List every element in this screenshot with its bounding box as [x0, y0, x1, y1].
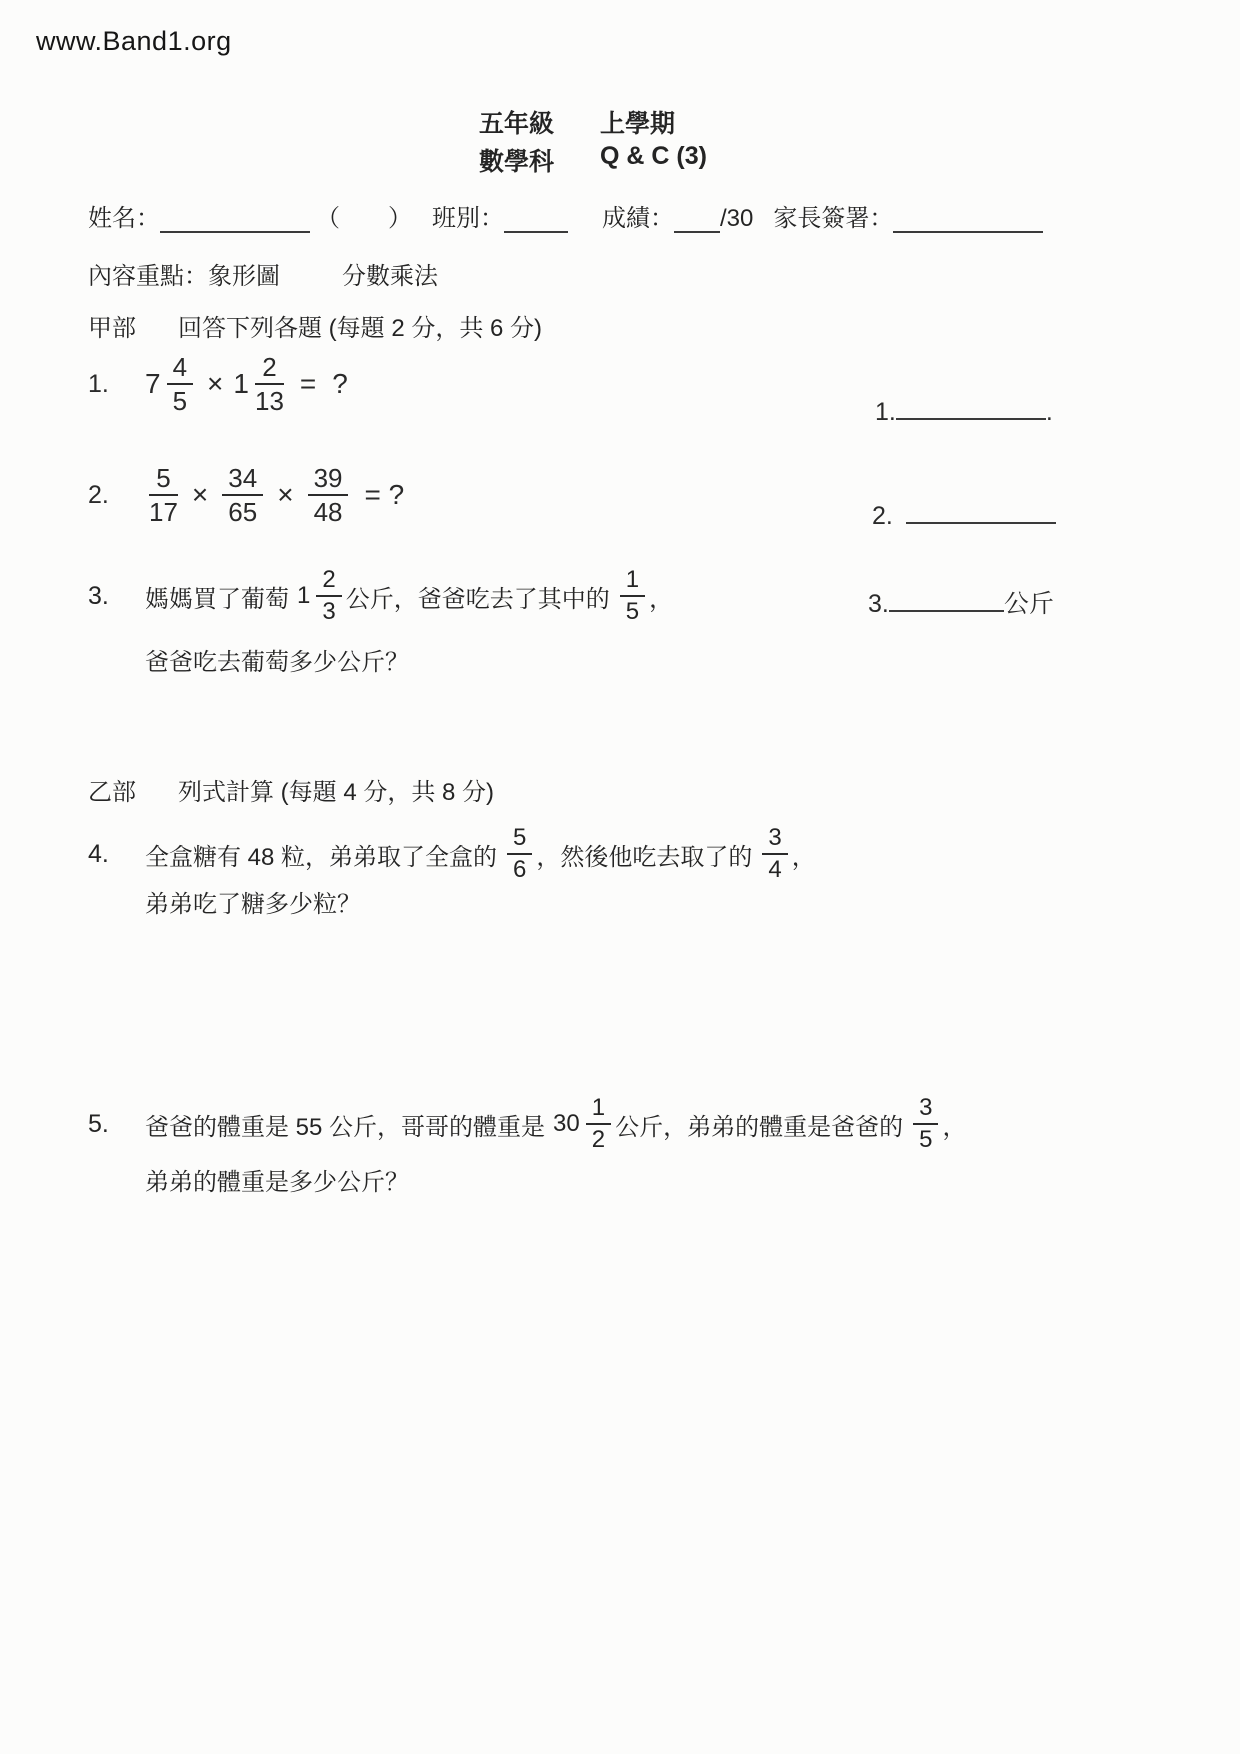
q1-fraction-2-denominator: 13	[255, 385, 284, 415]
class-label: 班別：	[432, 198, 504, 233]
question-5-line-2: 弟弟的體重是多少公斤？	[145, 1162, 409, 1197]
focus-label: 內容重點：	[88, 256, 208, 291]
score-label: 成績：	[602, 198, 674, 233]
q5-text-2: 公斤，弟弟的體重是爸爸的	[615, 1107, 903, 1142]
question-4-line-2: 弟弟吃了糖多少粒？	[145, 884, 361, 919]
paper-code-label: Q & C (3)	[600, 142, 707, 178]
answer-1-suffix: .	[1046, 398, 1053, 426]
question-4-number: 4.	[88, 840, 145, 869]
q1-fraction-1-numerator: 4	[167, 353, 193, 385]
q2-fraction-1-numerator: 5	[149, 464, 178, 496]
answer-2-line	[906, 500, 1056, 524]
section-b-heading: 乙部 列式計算 (每題 4 分，共 8 分)	[88, 772, 494, 807]
section-b-part-label: 乙部	[88, 772, 136, 807]
q3-fraction-denominator: 5	[620, 597, 645, 625]
term-label: 上學期	[600, 104, 675, 140]
q5-mixed-whole: 30	[553, 1110, 580, 1138]
q4-fraction-2: 3 4	[762, 825, 787, 883]
q1-fraction-2-numerator: 2	[255, 353, 284, 385]
class-number-parens: （ ）	[316, 198, 412, 233]
q1-fraction-1-denominator: 5	[167, 385, 193, 415]
section-b-instruction: 列式計算 (每題 4 分，共 8 分)	[178, 772, 494, 807]
q4-fraction-1-numerator: 5	[507, 825, 532, 855]
focus-topic-2: 分數乘法	[342, 256, 438, 291]
q4-fraction-2-numerator: 3	[762, 825, 787, 855]
q2-multiply-sign-1: ×	[192, 479, 208, 511]
title-line-1: 五年級 上學期	[479, 104, 675, 140]
q3-fraction: 1 5	[620, 567, 645, 625]
score-blank-line	[674, 207, 720, 233]
q3-text-2: 公斤，爸爸吃去了其中的	[346, 579, 610, 614]
q5-fraction-denominator: 5	[913, 1125, 938, 1153]
q5-mixed-fraction: 1 2	[586, 1095, 611, 1153]
question-3-number: 3.	[88, 582, 145, 611]
q5-mixed-fraction-numerator: 1	[586, 1095, 611, 1125]
q5-fraction: 3 5	[913, 1095, 938, 1153]
q4-fraction-2-denominator: 4	[762, 855, 787, 883]
answer-2-label: 2.	[872, 502, 893, 530]
q2-fraction-2-denominator: 65	[222, 496, 263, 526]
answer-blank-2: 2.	[872, 500, 1056, 531]
answer-1-label: 1.	[875, 398, 896, 426]
q2-fraction-3-numerator: 39	[308, 464, 349, 496]
q1-whole-number-2: 1	[233, 368, 249, 400]
q2-fraction-3-denominator: 48	[308, 496, 349, 526]
title-line-2: 數學科 Q & C (3)	[479, 142, 707, 178]
q2-fraction-1-denominator: 17	[149, 496, 178, 526]
q3-mixed-fraction-numerator: 2	[316, 567, 341, 597]
grade-label: 五年級	[479, 104, 554, 140]
question-5: 5. 爸爸的體重是 55 公斤，哥哥的體重是 30 1 2 公斤，弟弟的體重是爸…	[88, 1080, 966, 1168]
parent-signature-label: 家長簽署：	[773, 198, 893, 233]
score-total-label: /30	[720, 205, 753, 233]
name-blank-line	[160, 207, 310, 233]
q1-fraction-1: 4 5	[167, 353, 193, 415]
q4-fraction-1-denominator: 6	[507, 855, 532, 883]
q5-text-3: ，	[942, 1107, 966, 1142]
answer-1-line	[896, 396, 1046, 420]
focus-topic-1: 象形圖	[208, 256, 280, 291]
student-info-row: 姓名： （ ） 班別： 成績： /30 家長簽署：	[88, 198, 1043, 233]
q4-fraction-1: 5 6	[507, 825, 532, 883]
question-3-line-2: 爸爸吃去葡萄多少公斤？	[145, 642, 409, 677]
q4-text-3: ，	[792, 837, 816, 872]
question-3: 3. 媽媽買了葡萄 1 2 3 公斤，爸爸吃去了其中的 1 5 ，	[88, 552, 673, 640]
q3-mixed-whole: 1	[297, 582, 310, 610]
q2-fraction-1: 5 17	[149, 464, 178, 526]
section-a-instruction: 回答下列各題 (每題 2 分，共 6 分)	[178, 308, 542, 343]
q1-fraction-2: 2 13	[255, 353, 284, 415]
question-5-number: 5.	[88, 1110, 145, 1139]
q2-fraction-2-numerator: 34	[222, 464, 263, 496]
q4-text-1: 全盒糖有 48 粒，弟弟取了全盒的	[145, 837, 497, 872]
q1-multiply-sign: ×	[207, 368, 223, 400]
q3-mixed-fraction: 2 3	[316, 567, 341, 625]
parent-signature-blank-line	[893, 207, 1043, 233]
question-2: 2. 5 17 × 34 65 × 39 48 = ?	[88, 452, 404, 538]
section-a-heading: 甲部 回答下列各題 (每題 2 分，共 6 分)	[88, 308, 542, 343]
q3-text-1: 媽媽買了葡萄	[145, 579, 289, 614]
answer-blank-1: 1..	[875, 396, 1053, 427]
q3-fraction-numerator: 1	[620, 567, 645, 597]
answer-3-unit: 公斤	[1004, 590, 1054, 618]
q1-whole-number-1: 7	[145, 368, 161, 400]
question-2-number: 2.	[88, 481, 145, 510]
q5-text-1: 爸爸的體重是 55 公斤，哥哥的體重是	[145, 1107, 545, 1142]
q2-equals-sign: = ?	[364, 479, 404, 511]
q3-text-3: ，	[649, 579, 673, 614]
subject-label: 數學科	[479, 142, 554, 178]
answer-blank-3: 3.公斤	[868, 584, 1054, 620]
q5-fraction-numerator: 3	[913, 1095, 938, 1125]
answer-3-line	[889, 588, 1004, 612]
worksheet-page: www.Band1.org 五年級 上學期 數學科 Q & C (3) 姓名： …	[0, 0, 1240, 1754]
q5-mixed-fraction-denominator: 2	[586, 1125, 611, 1153]
class-blank-line	[504, 207, 568, 233]
watermark-url: www.Band1.org	[36, 26, 232, 57]
q4-text-2: ，然後他吃去取了的	[536, 837, 752, 872]
name-label: 姓名：	[88, 198, 160, 233]
q1-question-mark: ?	[332, 368, 348, 400]
section-a-part-label: 甲部	[88, 308, 136, 343]
answer-3-label: 3.	[868, 590, 889, 618]
question-1: 1. 7 4 5 × 1 2 13 = ?	[88, 348, 348, 420]
question-1-number: 1.	[88, 370, 145, 399]
q2-fraction-3: 39 48	[308, 464, 349, 526]
q3-mixed-fraction-denominator: 3	[316, 597, 341, 625]
q1-equals-sign: =	[300, 368, 316, 400]
q2-multiply-sign-2: ×	[277, 479, 293, 511]
q2-fraction-2: 34 65	[222, 464, 263, 526]
content-focus-row: 內容重點： 象形圖 分數乘法	[88, 256, 438, 291]
